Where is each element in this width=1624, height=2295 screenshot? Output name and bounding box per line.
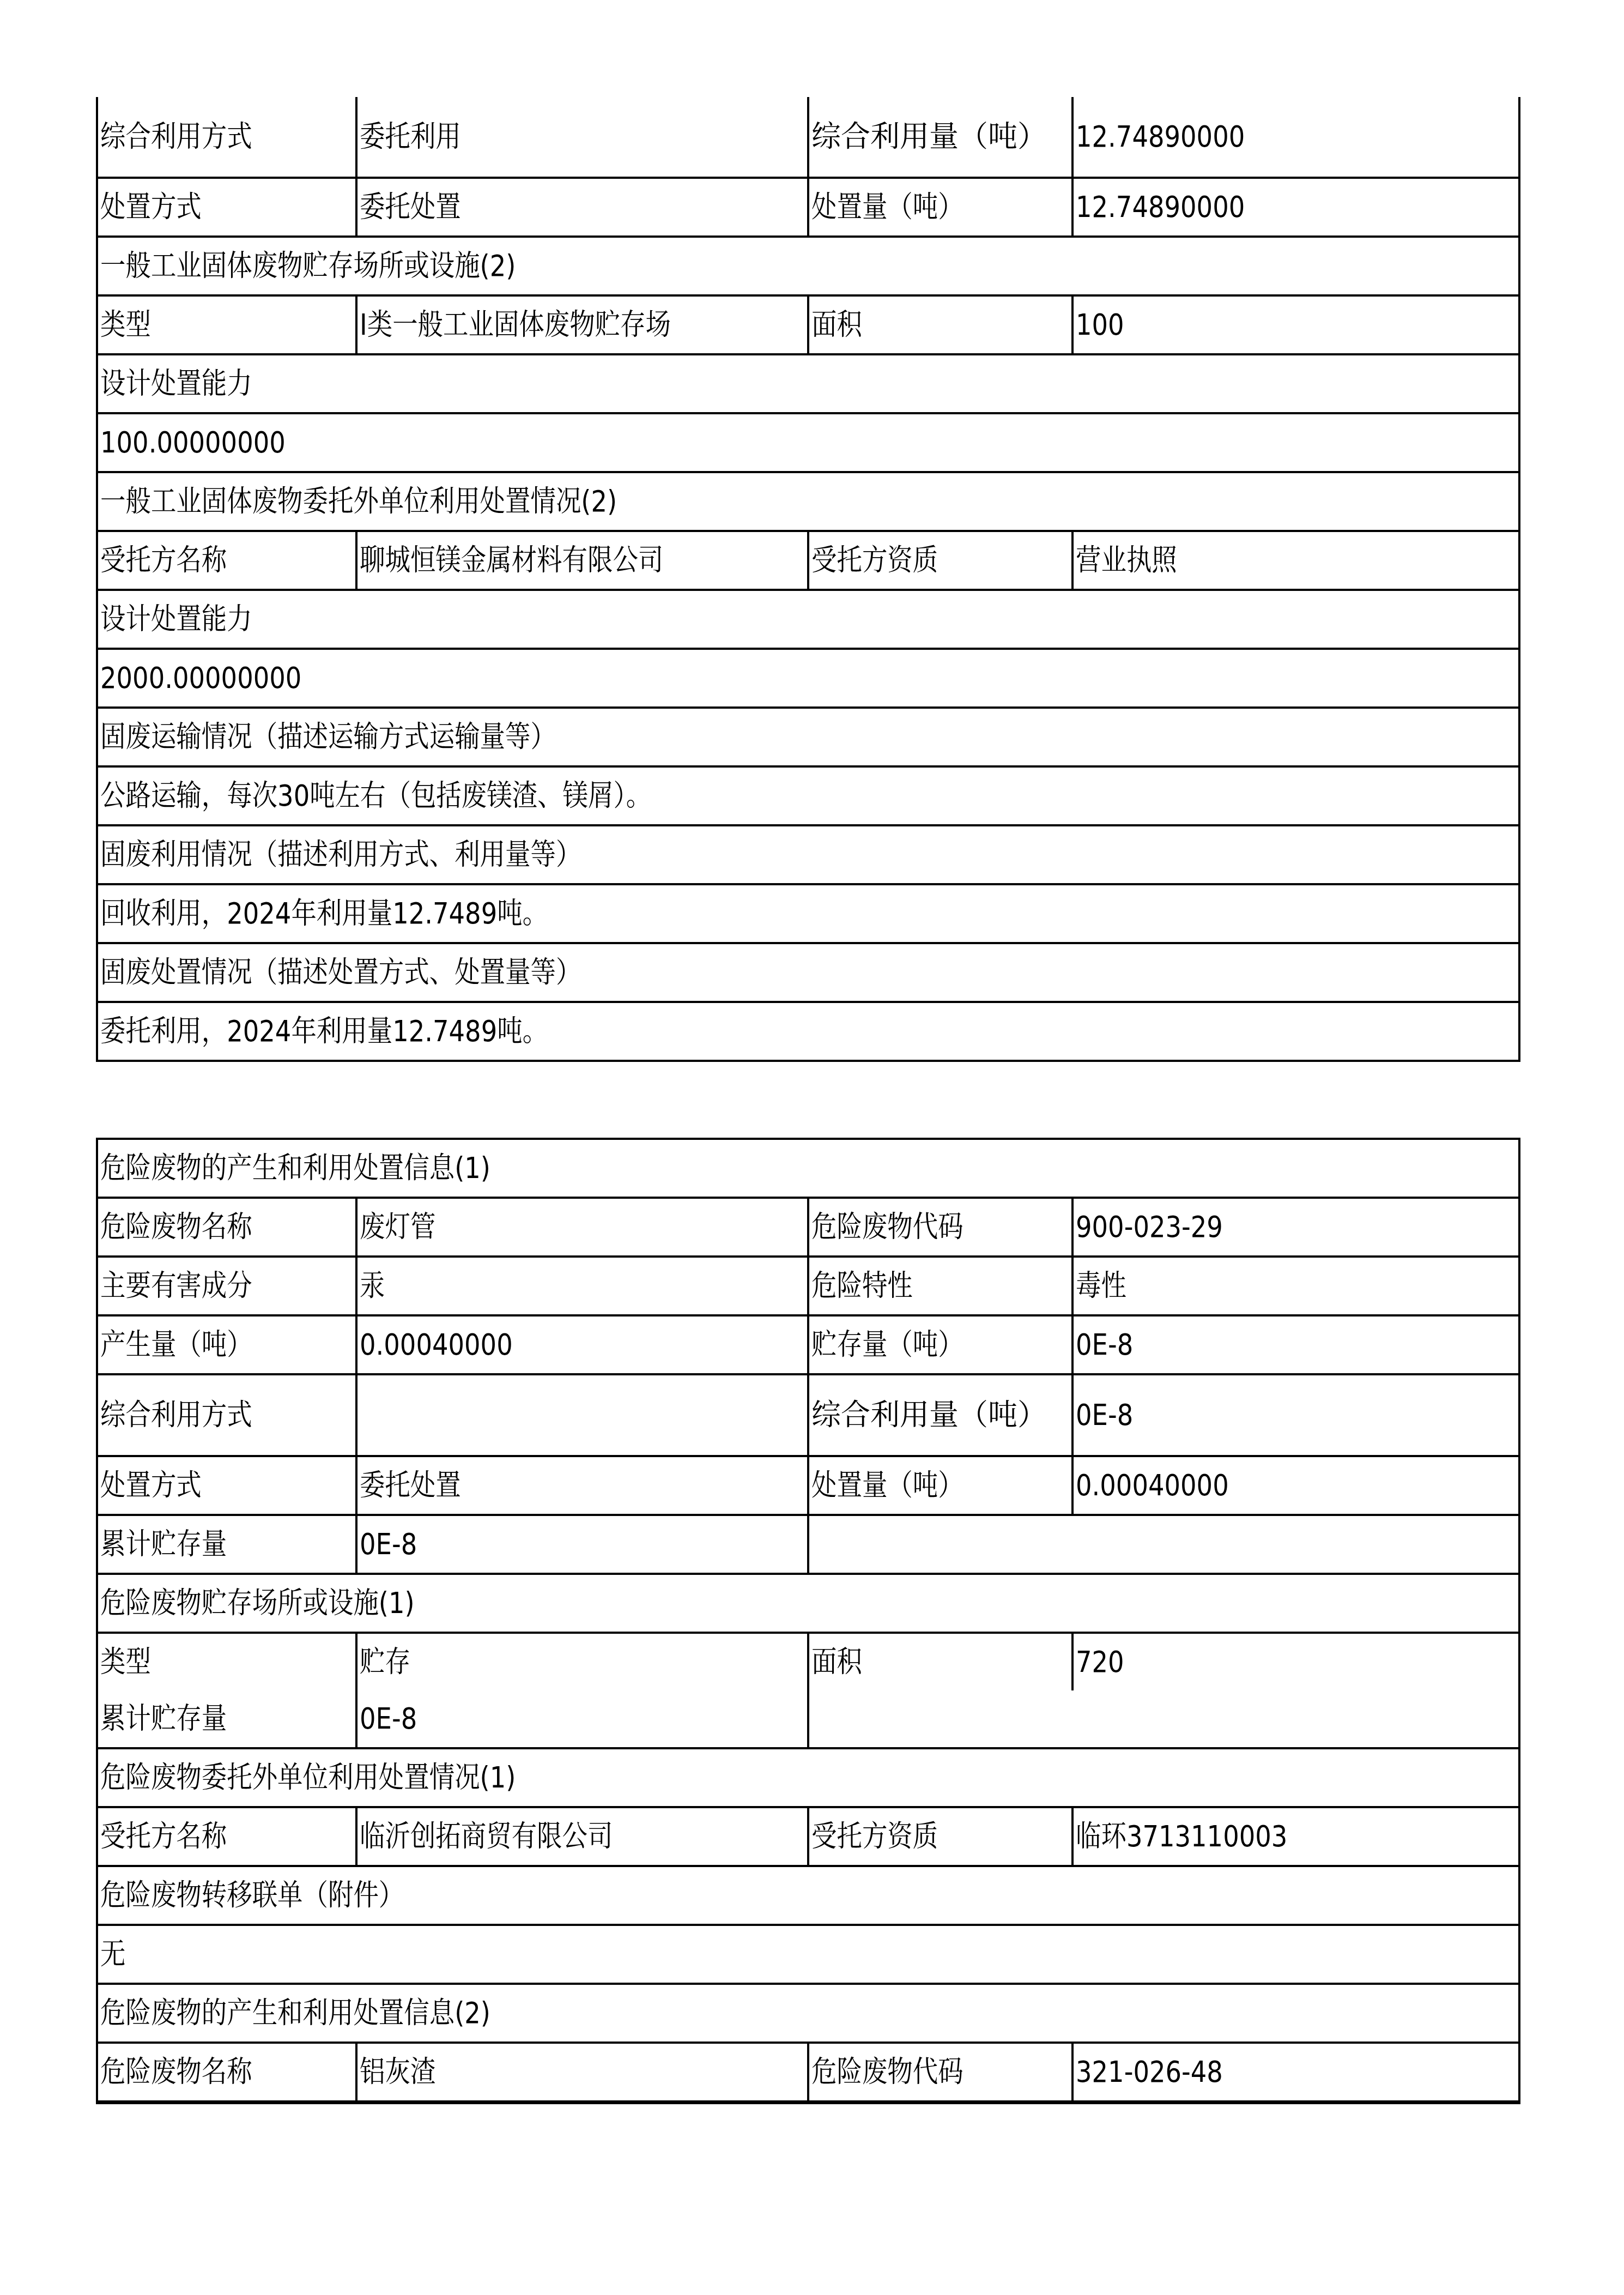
section-header-row: 危险废物贮存场所或设施(1) (97, 1574, 1519, 1633)
table-row: 固废运输情况（描述运输方式运输量等） (97, 708, 1519, 766)
field-value: 12.74890000 (1072, 178, 1519, 237)
field-label: 面积 (808, 1633, 1072, 1690)
field-label: 受托方名称 (97, 1807, 356, 1866)
table-row: 产生量（吨） 0.00040000 贮存量（吨） 0E-8 (97, 1315, 1519, 1374)
table-row: 危险废物名称 铝灰渣 危险废物代码 321-026-48 (97, 2043, 1519, 2103)
field-value: 0E-8 (356, 1690, 808, 1748)
field-label: 产生量（吨） (97, 1315, 356, 1374)
table-row: 类型 贮存 面积 720 (97, 1633, 1519, 1690)
field-label: 类型 (97, 295, 356, 354)
section-title: 危险废物贮存场所或设施(1) (97, 1574, 1519, 1633)
field-value: 321-026-48 (1072, 2043, 1519, 2103)
field-label: 累计贮存量 (97, 1515, 356, 1574)
table-row: 综合利用方式 委托利用 综合利用量（吨） 12.74890000 (97, 97, 1519, 178)
table-row: 2000.00000000 (97, 649, 1519, 708)
field-value: 贮存 (356, 1633, 808, 1690)
general-solid-waste-table: 综合利用方式 委托利用 综合利用量（吨） 12.74890000 处置方式 委托… (96, 97, 1520, 1062)
table-row: 受托方名称 聊城恒镁金属材料有限公司 受托方资质 营业执照 (97, 531, 1519, 590)
field-label: 类型 (97, 1633, 356, 1690)
table-row: 处置方式 委托处置 处置量（吨） 12.74890000 (97, 178, 1519, 237)
field-label: 受托方资质 (808, 1807, 1072, 1866)
section-header-row: 危险废物的产生和利用处置信息(1) (97, 1139, 1519, 1198)
section-title: 危险废物委托外单位利用处置情况(1) (97, 1748, 1519, 1807)
field-label: 综合利用量（吨） (808, 97, 1072, 178)
field-value: 0E-8 (356, 1515, 808, 1574)
field-value: 12.74890000 (1072, 97, 1519, 178)
field-value: 委托利用，2024年利用量12.7489吨。 (97, 1002, 1519, 1061)
field-value: 公路运输，每次30吨左右（包括废镁渣、镁屑）。 (97, 766, 1519, 825)
table-row: 固废处置情况（描述处置方式、处置量等） (97, 943, 1519, 1002)
table-row: 100.00000000 (97, 413, 1519, 472)
field-label: 处置方式 (97, 1456, 356, 1515)
field-value: 0E-8 (1072, 1315, 1519, 1374)
field-value: 委托利用 (356, 97, 808, 178)
table-row: 类型 I类一般工业固体废物贮存场 面积 100 (97, 295, 1519, 354)
table-row: 危险废物名称 废灯管 危险废物代码 900-023-29 (97, 1198, 1519, 1257)
section-header-row: 一般工业固体废物贮存场所或设施(2) (97, 237, 1519, 295)
field-value: 毒性 (1072, 1257, 1519, 1315)
section-header-row: 一般工业固体废物委托外单位利用处置情况(2) (97, 472, 1519, 531)
table-row: 受托方名称 临沂创拓商贸有限公司 受托方资质 临环3713110003 (97, 1807, 1519, 1866)
section-title: 一般工业固体废物贮存场所或设施(2) (97, 237, 1519, 295)
field-value: 回收利用，2024年利用量12.7489吨。 (97, 884, 1519, 943)
table-row: 处置方式 委托处置 处置量（吨） 0.00040000 (97, 1456, 1519, 1515)
field-value: 聊城恒镁金属材料有限公司 (356, 531, 808, 590)
field-label: 设计处置能力 (97, 354, 1519, 413)
table-row: 综合利用方式 综合利用量（吨） 0E-8 (97, 1374, 1519, 1456)
field-value: 委托处置 (356, 178, 808, 237)
field-value: 废灯管 (356, 1198, 808, 1257)
table-row: 累计贮存量 0E-8 (97, 1515, 1519, 1574)
field-label: 主要有害成分 (97, 1257, 356, 1315)
field-label: 设计处置能力 (97, 590, 1519, 649)
section-header-row: 危险废物的产生和利用处置信息(2) (97, 1984, 1519, 2043)
field-value: 临沂创拓商贸有限公司 (356, 1807, 808, 1866)
table-row: 回收利用，2024年利用量12.7489吨。 (97, 884, 1519, 943)
field-value: 720 (1072, 1633, 1519, 1690)
section-title: 一般工业固体废物委托外单位利用处置情况(2) (97, 472, 1519, 531)
section-title: 危险废物的产生和利用处置信息(2) (97, 1984, 1519, 2043)
field-value: 委托处置 (356, 1456, 808, 1515)
field-value: 0.00040000 (1072, 1456, 1519, 1515)
field-value: 0E-8 (1072, 1374, 1519, 1456)
field-label: 固废处置情况（描述处置方式、处置量等） (97, 943, 1519, 1002)
field-label: 综合利用方式 (97, 1374, 356, 1456)
field-value: 临环3713110003 (1072, 1807, 1519, 1866)
field-value: 营业执照 (1072, 531, 1519, 590)
field-label: 处置量（吨） (808, 1456, 1072, 1515)
field-label: 危险废物代码 (808, 2043, 1072, 2103)
field-label: 危险废物代码 (808, 1198, 1072, 1257)
table-row: 委托利用，2024年利用量12.7489吨。 (97, 1002, 1519, 1061)
field-label: 面积 (808, 295, 1072, 354)
table-row: 公路运输，每次30吨左右（包括废镁渣、镁屑）。 (97, 766, 1519, 825)
field-label: 综合利用量（吨） (808, 1374, 1072, 1456)
field-value: 汞 (356, 1257, 808, 1315)
field-value: I类一般工业固体废物贮存场 (356, 295, 808, 354)
field-value: 100.00000000 (97, 413, 1519, 472)
table-row: 危险废物转移联单（附件） (97, 1866, 1519, 1925)
table-row: 设计处置能力 (97, 354, 1519, 413)
empty-cell (808, 1515, 1519, 1574)
field-value: 2000.00000000 (97, 649, 1519, 708)
table-row: 设计处置能力 (97, 590, 1519, 649)
field-label: 处置方式 (97, 178, 356, 237)
section-header-row: 危险废物委托外单位利用处置情况(1) (97, 1748, 1519, 1807)
field-value: 0.00040000 (356, 1315, 808, 1374)
field-label: 固废运输情况（描述运输方式运输量等） (97, 708, 1519, 766)
table-row: 无 (97, 1925, 1519, 1984)
hazardous-waste-table: 危险废物的产生和利用处置信息(1) 危险废物名称 废灯管 危险废物代码 900-… (96, 1138, 1520, 2104)
field-label: 综合利用方式 (97, 97, 356, 178)
field-value: 100 (1072, 295, 1519, 354)
field-label: 贮存量（吨） (808, 1315, 1072, 1374)
table-row: 固废利用情况（描述利用方式、利用量等） (97, 825, 1519, 884)
field-label: 累计贮存量 (97, 1690, 356, 1748)
table-row: 主要有害成分 汞 危险特性 毒性 (97, 1257, 1519, 1315)
field-label: 危险废物名称 (97, 2043, 356, 2103)
field-label: 受托方资质 (808, 531, 1072, 590)
field-value (356, 1374, 808, 1456)
table-row: 累计贮存量 0E-8 (97, 1690, 1519, 1748)
empty-cell (808, 1690, 1519, 1748)
field-label: 危险废物转移联单（附件） (97, 1866, 1519, 1925)
field-label: 危险废物名称 (97, 1198, 356, 1257)
field-label: 受托方名称 (97, 531, 356, 590)
field-label: 危险特性 (808, 1257, 1072, 1315)
field-value: 铝灰渣 (356, 2043, 808, 2103)
field-value: 无 (97, 1925, 1519, 1984)
field-label: 固废利用情况（描述利用方式、利用量等） (97, 825, 1519, 884)
field-label: 处置量（吨） (808, 178, 1072, 237)
field-value: 900-023-29 (1072, 1198, 1519, 1257)
section-title: 危险废物的产生和利用处置信息(1) (97, 1139, 1519, 1198)
